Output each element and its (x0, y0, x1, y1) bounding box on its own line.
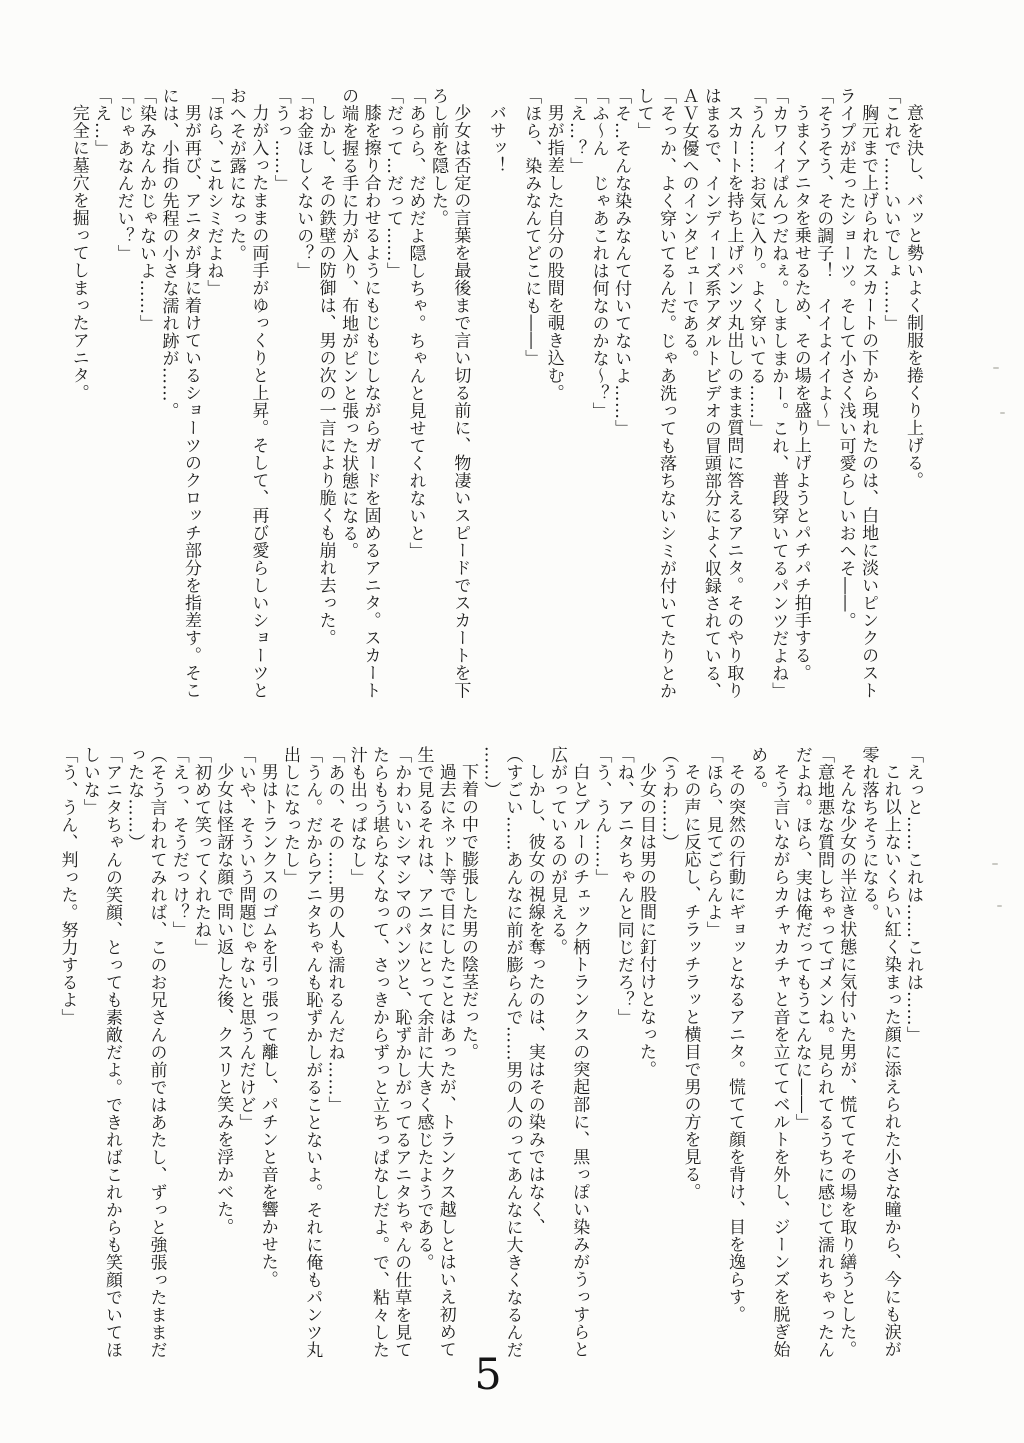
text-line: だよね。ほら、実は俺だってもうこんなに――」 (791, 746, 813, 1362)
text-line: 白とブルーのチェック柄トランクスの突起部に、黒っぽい染みがうっすらと (568, 746, 590, 1362)
text-line: 膝を擦り合わせるようにもじもじしながらガードを固めるアニタ。スカート (359, 87, 381, 703)
text-line: 「ほら、染みなんてどこにも――」 (520, 87, 542, 703)
scan-artifact (992, 863, 998, 865)
text-line: （うわ……） (657, 746, 679, 1362)
text-line: 「うっ……」 (269, 87, 291, 703)
text-line: の端を握る手に力が入り、布地がピンと張った状態になる。 (337, 87, 359, 703)
text-line: うまくアニタを乗せるため、その場を盛り上げようとパチパチ拍手する。 (789, 87, 811, 703)
text-line: 出しになったし」 (279, 746, 301, 1362)
text-line: 「そうそう、その調子！ イイよイイよ〜」 (812, 87, 834, 703)
text-line: しかし、その鉄壁の防御は、男の次の一言により脆くも崩れ去った。 (314, 87, 336, 703)
text-line: 「いや、そういう問題じゃないと思うんだけど」 (234, 746, 256, 1362)
text-line: はまるで、インディーズ系アダルトビデオの冒頭部分によく収録されている、 (699, 87, 721, 703)
text-line: 「かわいいシマシマのパンツと、恥ずかしがってるアニタちゃんの仕草を見て (390, 746, 412, 1362)
text-line: 「意地悪な質問しちゃってゴメンね。見られてるうちに感じて濡れちゃったん (813, 746, 835, 1362)
text-line: 「うん。だからアニタちゃんも恥ずかしがることないよ。それに俺もパンツ丸 (301, 746, 323, 1362)
scan-artifact (997, 905, 1002, 907)
text-line: 完全に墓穴を掘ってしまったアニタ。 (67, 87, 89, 703)
text-line: 「染みなんかじゃないよ……」 (135, 87, 157, 703)
text-line: 男はトランクスのゴムを引っ張って離し、パチンと音を響かせた。 (257, 746, 279, 1362)
text-line: 生で見るそれは、アニタにとって余計に大きく感じたようである。 (412, 746, 434, 1362)
text-line: （すごい……あんなに前が膨らんで……男の人のってあんなに大きくなるんだ (501, 746, 523, 1362)
text-line: 「う、うん……」 (590, 746, 612, 1362)
text-line: 「え…」 (90, 87, 112, 703)
text-line: 「アニタちゃんの笑顔、とっても素敵だよ。できればこれからも笑顔でいてほ (101, 746, 123, 1362)
text-line: して」 (632, 87, 654, 703)
text-line: 「だって…だって……」 (382, 87, 404, 703)
text-line: そう言いながらカチャカチャと音を立ててベルトを外し、ジーンズを脱ぎ始 (768, 746, 790, 1362)
text-line: （そう言われてみれば、このお兄さんの前ではあたし、ずっと強張ったままだ (145, 746, 167, 1362)
scanned-page: 意を決し、バッと勢いよく制服を捲くり上げる。「これで……いいでしょ……」胸元まで… (0, 0, 1024, 1443)
text-line: ったな……） (123, 746, 145, 1362)
text-line: おへそが露になった。 (224, 87, 246, 703)
text-line: その突然の行動にギョッとなるアニタ。慌てて顔を背け、目を逸らす。 (724, 746, 746, 1362)
text-line: 零れ落ちそうになる。 (857, 746, 879, 1362)
text-line: ライプが走ったショーツ。そして小さく浅い可愛らしいおへそ――。 (834, 87, 856, 703)
text-line: これ以上ないくらい紅く染まった顔に添えられた小さな瞳から、今にも涙が (880, 746, 902, 1362)
text-line: 広がっているのが見える。 (546, 746, 568, 1362)
text-line: 「ほら、見てごらんよ」 (702, 746, 724, 1362)
text-line: 少女の目は男の股間に釘付けとなった。 (635, 746, 657, 1362)
text-line: 汁も出っぱなし」 (346, 746, 368, 1362)
text-line: 「カワイイぱんつだねぇ。しましまかー。これ、普段穿いてるパンツだよね」 (767, 87, 789, 703)
text-line: 胸元まで上げられたスカートの下から現れたのは、白地に淡いピンクのスト (857, 87, 879, 703)
text-line: 「お金ほしくないの？」 (292, 87, 314, 703)
text-line: 下着の中で膨張した男の陰茎だった。 (457, 746, 479, 1362)
text-line: 「えっ、そうだっけ？」 (168, 746, 190, 1362)
text-line: 「初めて笑ってくれたね」 (190, 746, 212, 1362)
text-line: 「そっか、よく穿いてるんだ。じゃあ洗っても落ちないシミが付いてたりとか (655, 87, 677, 703)
text-line: 「あの、その……男の人も濡れるんだね……」 (323, 746, 345, 1362)
text-line: ろし前を隠した。 (426, 87, 448, 703)
scan-artifact (993, 367, 999, 369)
text-line: 力が入ったままの両手がゆっくりと上昇。そして、再び愛らしいショーツと (247, 87, 269, 703)
text-line: 「え…？」 (565, 87, 587, 703)
text-line: 「う、うん、判った。努力するよ」 (56, 746, 78, 1362)
text-line: 「えっと……これは……これは……」 (902, 746, 924, 1362)
text-block-bottom: 「えっと……これは……これは……」これ以上ないくらい紅く染まった顔に添えられた小… (56, 746, 924, 1362)
text-line: スカートを持ち上げパンツ丸出しのまま質問に答えるアニタ。そのやり取り (722, 87, 744, 703)
text-line: バサッ！ (484, 87, 506, 703)
text-line: その声に反応し、チラッチラッと横目で男の方を見る。 (679, 746, 701, 1362)
text-line: 少女は否定の言葉を最後まで言い切る前に、物凄いスピードでスカートを下 (449, 87, 471, 703)
text-line: には、小指の先程の小さな濡れ跡が……。 (157, 87, 179, 703)
text-line: 「ほら、これシミだよね」 (202, 87, 224, 703)
text-line: 男が再び、アニタが身に着けているショーツのクロッチ部分を指差す。そこ (180, 87, 202, 703)
text-line: 過去にネット等で目にしたことはあったが、トランクス越しとはいえ初めて (435, 746, 457, 1362)
text-line: ……） (479, 746, 501, 1362)
scan-artifact (1000, 412, 1005, 414)
text-line: 「あらら、だめだよ隠しちゃ。ちゃんと見せてくれないと」 (404, 87, 426, 703)
text-line: める。 (746, 746, 768, 1362)
text-line: ＡＶ女優へのインタビューである。 (677, 87, 699, 703)
text-line: 少女は怪訝な顔で問い返した後、クスリと笑みを浮かべた。 (212, 746, 234, 1362)
text-block-top: 意を決し、バッと勢いよく制服を捲くり上げる。「これで……いいでしょ……」胸元まで… (67, 87, 924, 703)
text-line: しかし、彼女の視線を奪ったのは、実はその染みではなく、 (524, 746, 546, 1362)
page-number: 5 (440, 1350, 536, 1400)
text-line: そんな少女の半泣き状態に気付いた男が、慌ててその場を取り繕うとした。 (835, 746, 857, 1362)
text-line: たらもう堪らなくなって、さっきからずっと立ちっぱなしだよ。で、粘々した (368, 746, 390, 1362)
text-line: 「じゃあなんだい？」 (112, 87, 134, 703)
text-line: 「そ…そんな染みなんて付いてないよ……」 (610, 87, 632, 703)
text-line: 「ね、アニタちゃんと同じだろ？」 (613, 746, 635, 1362)
text-line: 「ふ〜ん じゃあこれは何なのかな〜？」 (587, 87, 609, 703)
text-line: 「これで……いいでしょ……」 (879, 87, 901, 703)
text-line: 男が指差した自分の股間を覗き込む。 (542, 87, 564, 703)
text-line: しいな」 (79, 746, 101, 1362)
text-line: 意を決し、バッと勢いよく制服を捲くり上げる。 (902, 87, 924, 703)
text-line: 「うん……お気に入り。よく穿いてる……」 (744, 87, 766, 703)
